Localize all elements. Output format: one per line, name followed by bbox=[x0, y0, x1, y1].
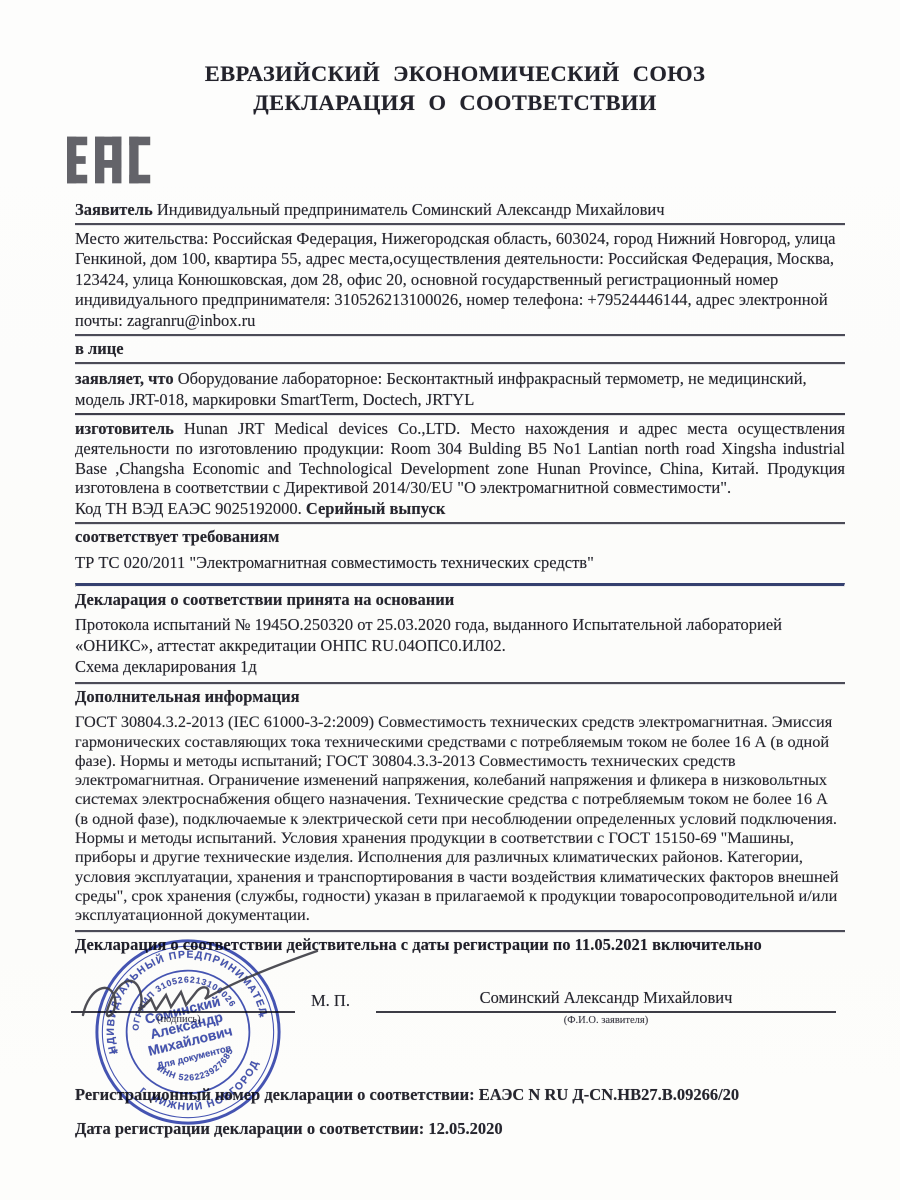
divider bbox=[75, 522, 845, 524]
declares-text: Оборудование лабораторное: Бесконтактный… bbox=[75, 369, 807, 409]
divider bbox=[75, 930, 845, 932]
applicant-label: Заявитель bbox=[75, 200, 153, 219]
fio-caption: (Ф.И.О. заявителя) bbox=[375, 1015, 837, 1026]
in-person-label: в лице bbox=[75, 339, 845, 359]
title-line-union: ЕВРАЗИЙСКИЙ ЭКОНОМИЧЕСКИЙ СОЮЗ bbox=[75, 60, 835, 89]
fio-name: Соминский Александр Михайлович bbox=[375, 988, 837, 1008]
manufacturer-text: Hunan JRT Medical devices Co.,LTD. Место… bbox=[75, 419, 845, 497]
basis-heading: Декларация о соответствии принята на осн… bbox=[75, 590, 845, 610]
document-title: ЕВРАЗИЙСКИЙ ЭКОНОМИЧЕСКИЙ СОЮЗ ДЕКЛАРАЦИ… bbox=[75, 60, 835, 118]
manufacturer-paragraph: изготовитель Hunan JRT Medical devices C… bbox=[75, 419, 845, 497]
title-line-declaration: ДЕКЛАРАЦИЯ О СООТВЕТСТВИИ bbox=[75, 89, 835, 118]
divider-thick bbox=[75, 583, 845, 587]
tnved-line: Код ТН ВЭД ЕАЭС 9025192000. Серийный вып… bbox=[75, 499, 845, 519]
eac-logo bbox=[67, 130, 151, 190]
scheme-line: Схема декларирования 1д bbox=[75, 657, 845, 677]
divider bbox=[75, 362, 845, 364]
divider bbox=[75, 682, 845, 684]
applicant-line: Заявитель Индивидуальный предприниматель… bbox=[75, 200, 845, 220]
fio-line bbox=[376, 1011, 836, 1013]
signature-area: М. П. (подпись) Соминский Александр Миха… bbox=[75, 957, 845, 1077]
declares-paragraph: заявляет, что Оборудование лабораторное:… bbox=[75, 368, 845, 410]
signature-scribble bbox=[69, 943, 339, 1053]
divider bbox=[75, 334, 845, 336]
tnved-code: Код ТН ВЭД ЕАЭС 9025192000. bbox=[75, 499, 302, 518]
basis-text: Протокола испытаний № 1945О.250320 от 25… bbox=[75, 615, 845, 656]
eac-letters bbox=[67, 136, 150, 183]
divider bbox=[75, 223, 845, 225]
manufacturer-label: изготовитель bbox=[75, 419, 174, 438]
additional-heading: Дополнительная информация bbox=[75, 687, 845, 707]
complies-heading: соответствует требованиям bbox=[75, 527, 845, 547]
divider bbox=[75, 413, 845, 415]
complies-text: ТР ТС 020/2011 "Электромагнитная совмест… bbox=[75, 553, 845, 573]
declaration-document: ЕВРАЗИЙСКИЙ ЭКОНОМИЧЕСКИЙ СОЮЗ ДЕКЛАРАЦИ… bbox=[0, 0, 900, 1200]
declares-label: заявляет, что bbox=[75, 369, 174, 388]
applicant-name: Индивидуальный предприниматель Соминский… bbox=[157, 200, 665, 219]
residence-paragraph: Место жительства: Российская Федерация, … bbox=[75, 229, 845, 331]
serial-release: Серийный выпуск bbox=[306, 499, 446, 518]
additional-text: ГОСТ 30804.3.2-2013 (IEC 61000-3-2:2009)… bbox=[75, 712, 845, 924]
